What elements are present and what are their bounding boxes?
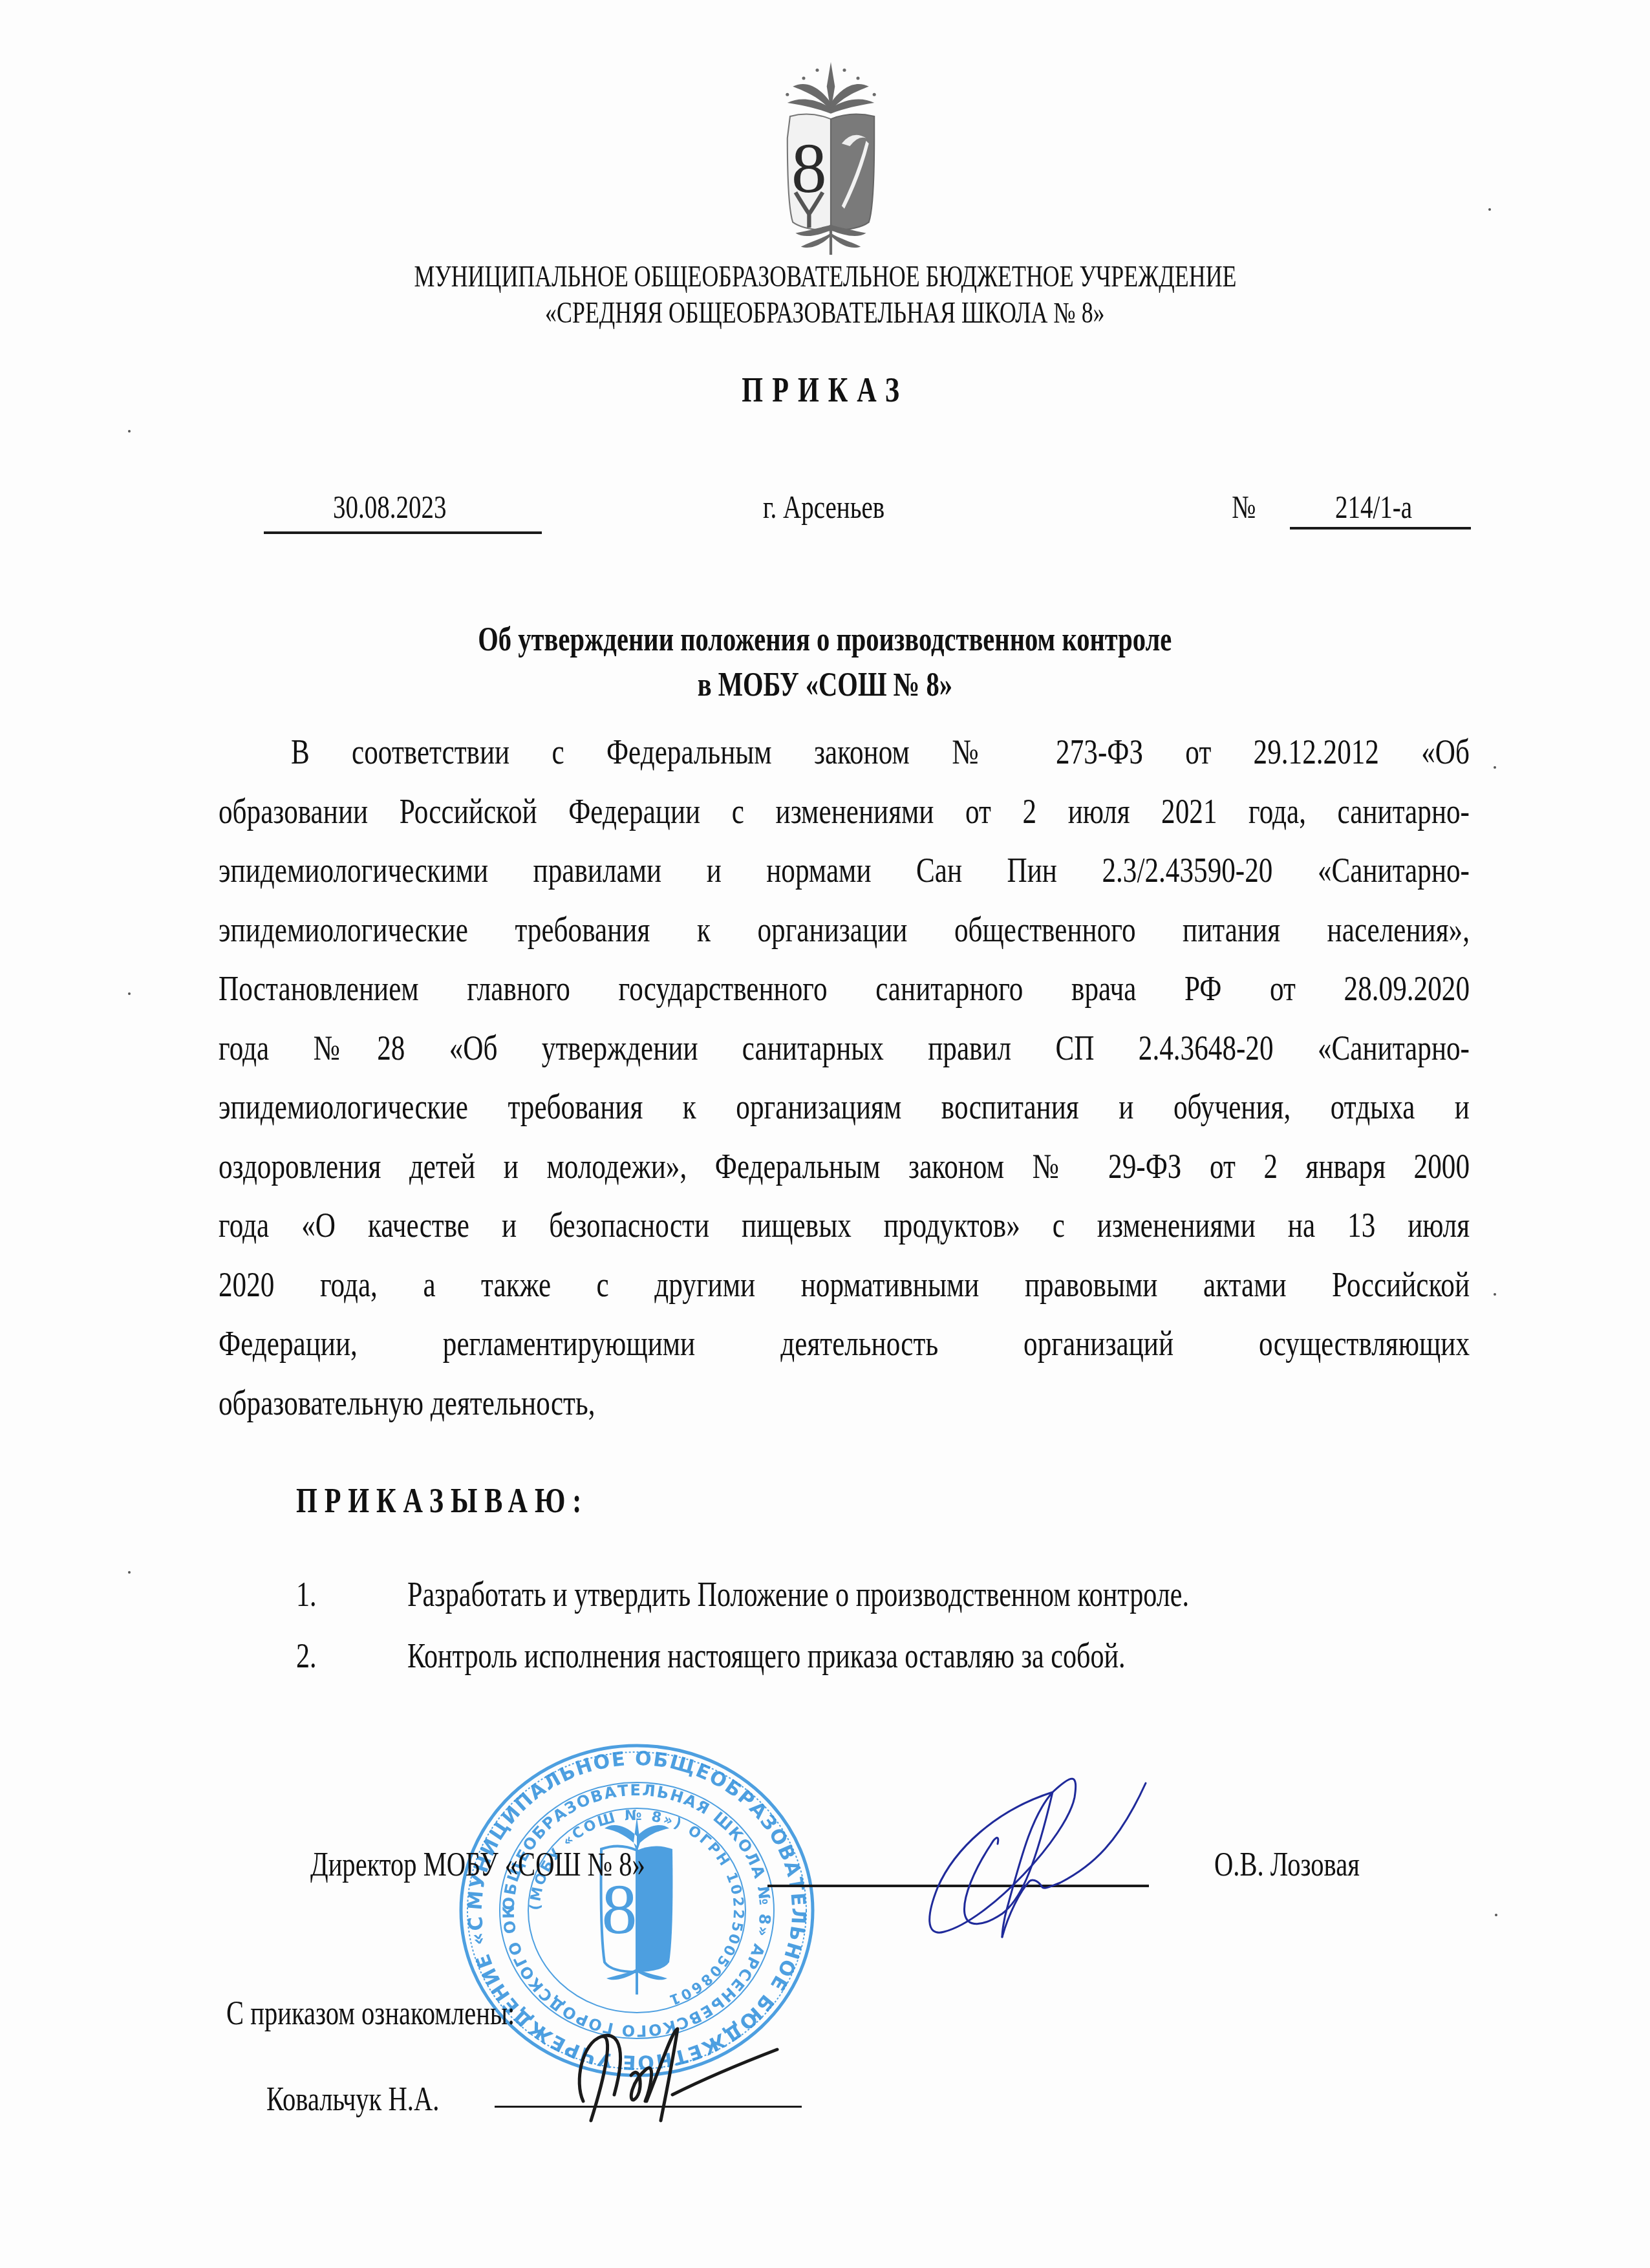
subject-line-2: в МОБУ «СОШ № 8» <box>698 663 952 708</box>
order-directive-heading: ПРИКАЗЫВАЮ: <box>296 1481 671 1521</box>
preamble-line: В соответствии с Федеральным законом № 2… <box>219 723 1470 782</box>
order-number: 214/1-а <box>1335 488 1434 526</box>
preamble-line: 2020 года, а также с другими нормативным… <box>219 1256 1470 1315</box>
order-item-2-number: 2. <box>296 1636 323 1676</box>
preamble-line: эпидемиологические требования к организа… <box>219 1078 1470 1137</box>
preamble-line: года «О качестве и безопасности пищевых … <box>219 1196 1470 1256</box>
signatory-name: О.В. Лозовая <box>1214 1846 1400 1884</box>
order-item-1-number: 1. <box>296 1574 323 1614</box>
document-page: 8 МУНИЦИПАЛЬНОЕ ОБЩЕОБРАЗОВАТЕЛЬНОЕ БЮДЖ… <box>0 0 1650 2268</box>
date-underline <box>264 531 542 534</box>
subject-line-1: Об утверждении положения о производствен… <box>478 617 1172 663</box>
org-name-line-2: «СРЕДНЯЯ ОБЩЕОБРАЗОВАТЕЛЬНАЯ ШКОЛА № 8» <box>545 295 1104 331</box>
document-title: ПРИКАЗ <box>742 370 908 410</box>
preamble-line: года №28 «Об утверждении санитарных прав… <box>219 1019 1470 1078</box>
preamble-line: эпидемиологические требования к организа… <box>219 901 1470 960</box>
preamble-line: образовательную деятельность, <box>219 1374 1470 1433</box>
org-header: МУНИЦИПАЛЬНОЕ ОБЩЕОБРАЗОВАТЕЛЬНОЕ БЮДЖЕТ… <box>0 259 1650 331</box>
director-signature-icon <box>905 1759 1228 2017</box>
preamble-line: Федерации, регламентирующими деятельност… <box>219 1314 1470 1374</box>
order-date: 30.08.2023 <box>333 488 478 526</box>
order-item-1-text: Разработать и утвердить Положение о прои… <box>407 1574 1409 1614</box>
preamble-line: оздоровления детей и молодежи», Федераль… <box>219 1137 1470 1197</box>
order-item-2-text: Контроль исполнения настоящего приказа о… <box>407 1636 1328 1676</box>
acknowledgement-label: С приказом ознакомлены: <box>226 1995 596 2033</box>
preamble-paragraph: В соответствии с Федеральным законом № 2… <box>219 723 1470 1433</box>
order-city: г. Арсеньев <box>763 488 919 526</box>
signatory-position: Директор МОБУ «СОШ № 8» <box>310 1846 740 1884</box>
preamble-line: эпидемиологическими правилами и нормами … <box>219 841 1470 901</box>
preamble-line: образовании Российской Федерации с измен… <box>219 782 1470 842</box>
acknowledgement-signature-icon <box>569 2024 815 2127</box>
number-underline <box>1290 527 1471 530</box>
school-emblem-icon: 8 <box>763 55 899 262</box>
order-subject: Об утверждении положения о производствен… <box>0 617 1650 708</box>
order-number-label: № <box>1232 488 1263 526</box>
preamble-line: Постановлением главного государственного… <box>219 959 1470 1019</box>
acknowledged-person-name: Ковальчук Н.А. <box>266 2081 488 2119</box>
org-name-line-1: МУНИЦИПАЛЬНОЕ ОБЩЕОБРАЗОВАТЕЛЬНОЕ БЮДЖЕТ… <box>414 259 1236 295</box>
